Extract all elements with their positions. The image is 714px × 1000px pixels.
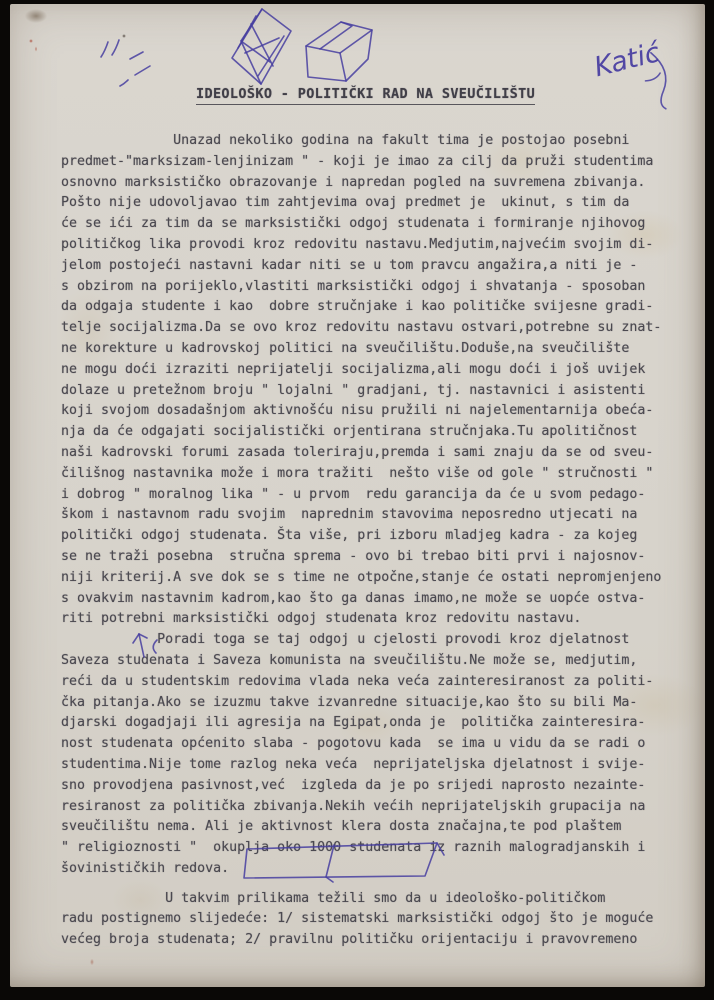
document-line: škom i nastavnom radu svojim naprednim s… <box>61 505 661 526</box>
document-line: Unazad nekoliko godina na fakult tima je… <box>61 131 661 152</box>
document-line: će se ići za tim da se marksistički odgo… <box>61 214 661 235</box>
document-line: i dobrog " moralnog lika " - u prvom red… <box>61 485 661 506</box>
document-line: naši kadrovski forumi zasada toleriraju,… <box>61 443 661 464</box>
document-line: da odgaja studente i kao dobre stručnjak… <box>61 297 661 318</box>
document-line: telje socijalizma.Da se ovo kroz redovit… <box>61 318 661 339</box>
document-line: šovinističkih redova. <box>61 859 661 880</box>
document-title: IDEOLOŠKO - POLITIČKI RAD NA SVEUČILIŠTU <box>196 86 535 102</box>
document-line: Pošto nije udovoljavao tim zahtjevima ov… <box>61 193 661 214</box>
document-line: s ovakvim nastavnim kadrom,kao što ga da… <box>61 589 661 610</box>
document-line: riti potrebni marksistički odgoj studena… <box>61 609 661 630</box>
document-line: čilišnog nastavnika može i mora tražiti … <box>61 464 661 485</box>
document-line: s obzirom na porijeklo,vlastiti marksist… <box>61 277 661 298</box>
document-line: reći da u studentskim redovima vlada nek… <box>61 672 661 693</box>
document-line: nja da će odgajati socijalistički orjent… <box>61 422 661 443</box>
document-line: sveučilištu nema. Ali je aktivnost klera… <box>61 817 661 838</box>
document-line: nost studenata općenito slaba - pogotovu… <box>61 734 661 755</box>
document-line: sno provodjena pasivnost,već izgleda da … <box>61 776 661 797</box>
document-line: " religioznosti " okuplja oko 1000 stude… <box>61 838 661 859</box>
document-line: studentima.Nije tome razlog neka veća ne… <box>61 755 661 776</box>
document-line: se ne traži posebna stručna sprema - ovo… <box>61 547 661 568</box>
document-line: Saveza studenata i Saveza komunista na s… <box>61 651 661 672</box>
document-line: Poradi toga se taj odgoj u cjelosti prov… <box>61 630 661 651</box>
document-line: čka pitanja.Ako se izuzmu takve izvanred… <box>61 693 661 714</box>
document-line: ne mogu doći izraziti neprijatelji socij… <box>61 360 661 381</box>
document-line: politički odgoj studenata. Šta više, pri… <box>61 526 661 547</box>
document-line: osnovno marksističko obrazovanje i napre… <box>61 173 661 194</box>
document-line: jelom postojeći nastavni kadar niti se u… <box>61 256 661 277</box>
scanned-document-page: IDEOLOŠKO - POLITIČKI RAD NA SVEUČILIŠTU… <box>0 0 714 1000</box>
document-line: niji kriterij.A sve dok se s time ne otp… <box>61 568 661 589</box>
document-line: djarski dogadjaji ili agresija na Egipat… <box>61 713 661 734</box>
document-line: koji svojom dosadašnjom aktivnošću nisu … <box>61 401 661 422</box>
document-line: ne korekture u kadrovskoj politici na sv… <box>61 339 661 360</box>
document-line: U takvim prilikama težili smo da u ideol… <box>61 889 661 910</box>
document-line: dolaze u pretežnom broju " lojalni " gra… <box>61 381 661 402</box>
document-body: Unazad nekoliko godina na fakult tima je… <box>61 131 661 951</box>
document-line: političkog lika provodi kroz redovitu na… <box>61 235 661 256</box>
document-line: većeg broja studenata; 2/ pravilnu polit… <box>61 930 661 951</box>
document-line: radu postignemo slijedeće: 1/ sistematsk… <box>61 909 661 930</box>
document-line: resiranost za politička zbivanja.Nekih v… <box>61 797 661 818</box>
document-line: predmet-"marksizam-lenjinizam " - koji j… <box>61 152 661 173</box>
document-title-text: IDEOLOŠKO - POLITIČKI RAD NA SVEUČILIŠTU <box>196 86 535 105</box>
